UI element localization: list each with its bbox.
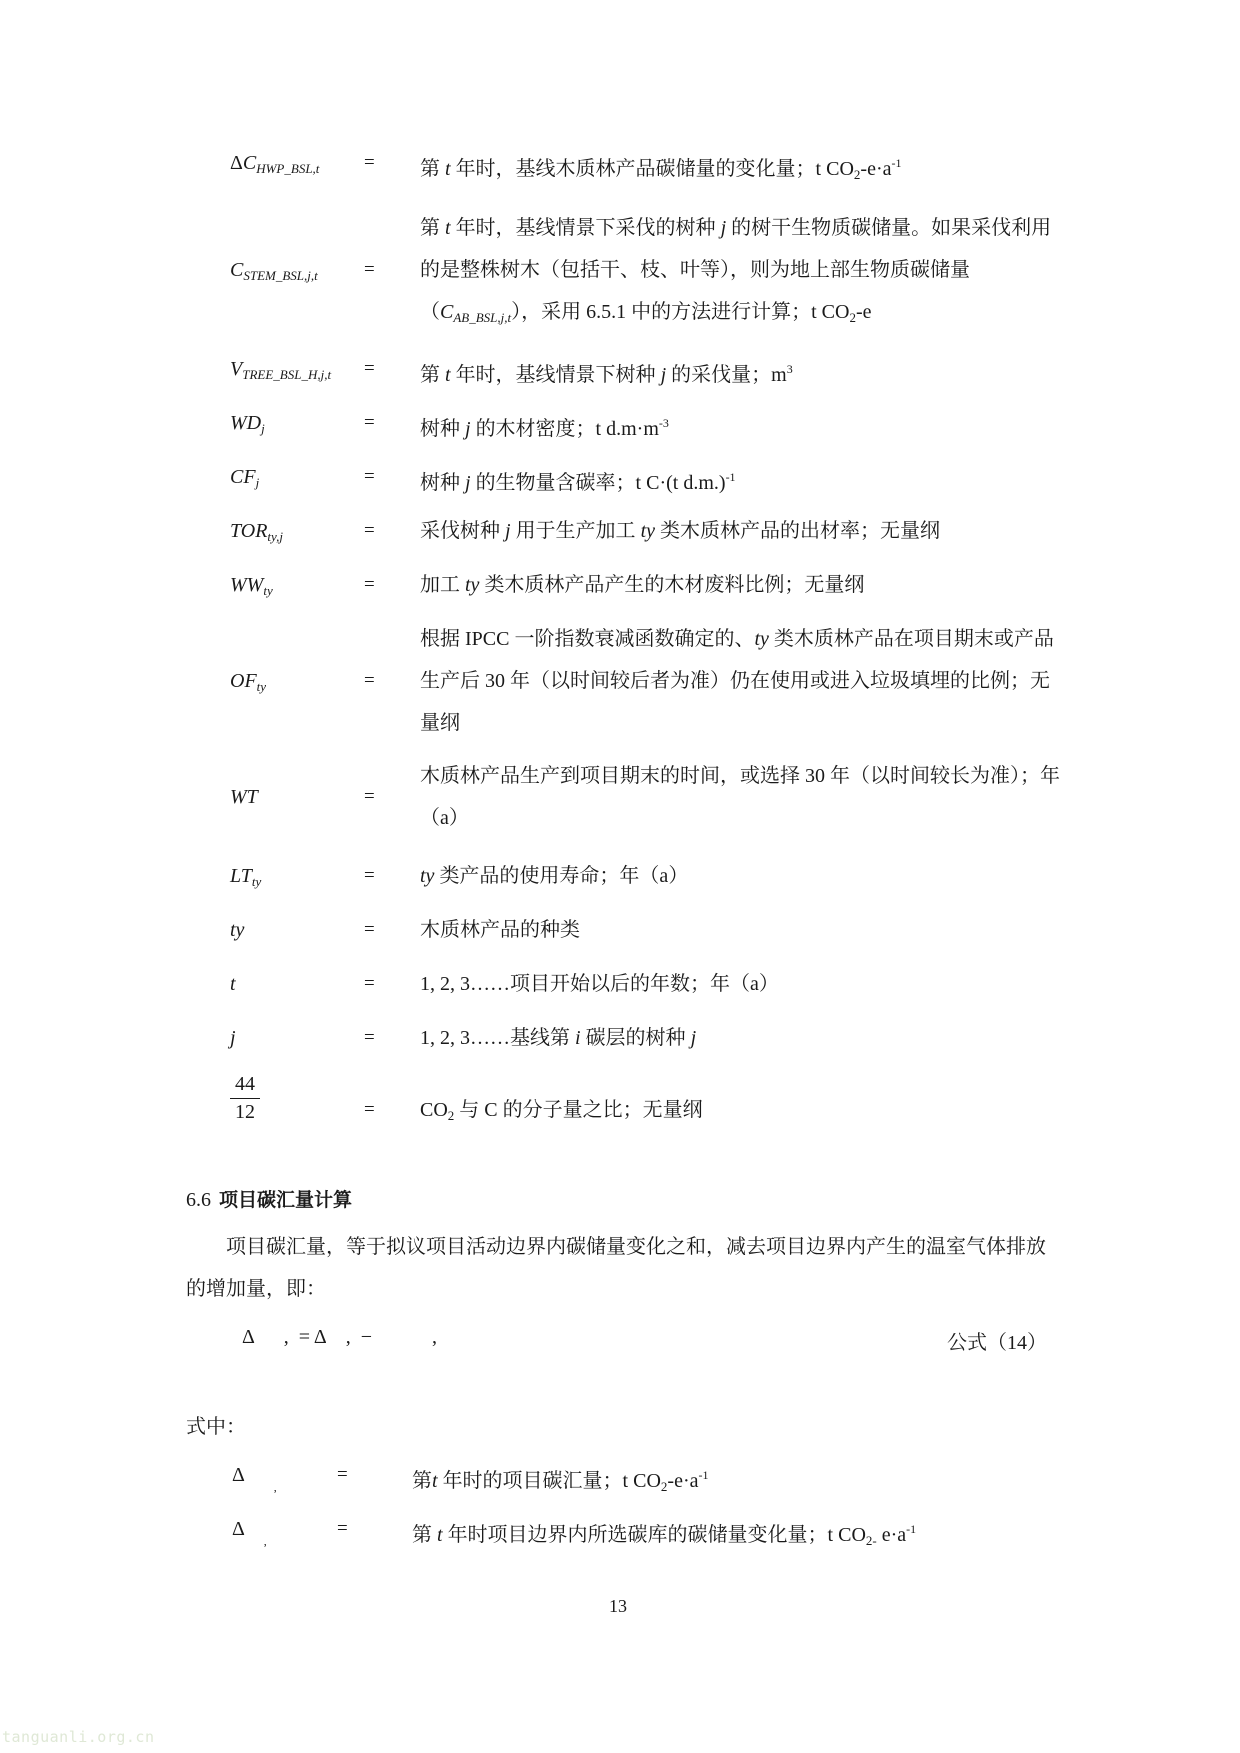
equals-sign: = <box>364 670 375 692</box>
equals-sign: = <box>364 259 375 281</box>
symbol: WWty <box>230 574 273 599</box>
definition-text: 树种 j 的木材密度；t d.m·m-3 <box>420 402 1060 450</box>
formula-14: Δ , = Δ , − , <box>242 1326 437 1349</box>
definition-text: CO2 与 C 的分子量之比；无量纲 <box>420 1089 1060 1137</box>
definition-text: 树种 j 的生物量含碳率；t C·(t d.m.)-1 <box>420 456 1060 504</box>
section-title: 项目碳汇量计算 <box>219 1189 352 1211</box>
symbol: t <box>230 973 236 996</box>
symbol: WT <box>230 786 258 809</box>
fraction-denominator: 12 <box>230 1099 260 1124</box>
definition-text: 木质林产品的种类 <box>420 909 1060 951</box>
symbol: ty <box>230 919 244 942</box>
symbol: CSTEM_BSL,j,t <box>230 259 318 284</box>
definition-text: 1, 2, 3……项目开始以后的年数；年（a） <box>420 963 1060 1005</box>
body-paragraph: 项目碳汇量，等于拟议项目活动边界内碳储量变化之和，减去项目边界内产生的温室气体排… <box>186 1226 1056 1310</box>
page-number: 13 <box>609 1596 627 1617</box>
symbol: Δ , <box>232 1464 277 1495</box>
definition-text: 第 t 年时，基线情景下树种 j 的采伐量；m3 <box>420 348 1060 396</box>
definition-text: 加工 ty 类木质林产品产生的木材废料比例；无量纲 <box>420 564 1060 606</box>
equals-sign: = <box>364 152 375 174</box>
symbol: Δ , <box>232 1518 267 1549</box>
equals-sign: = <box>364 1027 375 1049</box>
symbol: TORty,j <box>230 520 283 545</box>
equals-sign: = <box>364 786 375 808</box>
section-number: 6.6 <box>186 1189 211 1211</box>
definition-text: 第t 年时的项目碳汇量；t CO2-e·a-1 <box>412 1464 708 1495</box>
equals-sign: = <box>364 919 375 941</box>
definition-text: 第 t 年时，基线情景下采伐的树种 j 的树干生物质碳储量。如果采伐利用的是整株… <box>420 207 1060 339</box>
formula-label: 公式（14） <box>947 1326 1047 1355</box>
definition-text: ty 类产品的使用寿命；年（a） <box>420 855 1060 897</box>
symbol: VTREE_BSL_H,j,t <box>230 358 331 383</box>
equals-sign: = <box>364 412 375 434</box>
fraction: 44 12 <box>230 1073 260 1124</box>
equals-sign: = <box>364 466 375 488</box>
equals-sign: = <box>364 1099 375 1121</box>
equals-sign: = <box>337 1518 348 1540</box>
definition-text: 第 t 年时项目边界内所选碳库的碳储量变化量；t CO2- e·a-1 <box>412 1518 916 1549</box>
equals-sign: = <box>364 973 375 995</box>
section-heading: 6.6项目碳汇量计算 <box>186 1185 352 1212</box>
where-label: 式中： <box>186 1410 246 1439</box>
definition-text: 1, 2, 3……基线第 i 碳层的树种 j <box>420 1017 1060 1059</box>
symbol: ΔCHWP_BSL,t <box>230 152 319 177</box>
symbol: j <box>230 1027 236 1050</box>
watermark: tanguanli.org.cn <box>2 1728 155 1746</box>
document-page: ΔCHWP_BSL,t = 第 t 年时，基线木质林产品碳储量的变化量；t CO… <box>0 0 1240 1753</box>
fraction-numerator: 44 <box>230 1073 260 1099</box>
equals-sign: = <box>364 520 375 542</box>
definition-text: 木质林产品生产到项目期末的时间，或选择 30 年（以时间较长为准）；年（a） <box>420 755 1060 839</box>
symbol: OFty <box>230 670 266 695</box>
definition-text: 根据 IPCC 一阶指数衰减函数确定的、ty 类木质林产品在项目期末或产品生产后… <box>420 618 1060 744</box>
definition-text: 第 t 年时，基线木质林产品碳储量的变化量；t CO2-e·a-1 <box>420 142 1060 196</box>
equals-sign: = <box>337 1464 348 1486</box>
symbol: WDj <box>230 412 265 437</box>
equals-sign: = <box>364 574 375 596</box>
definition-text: 采伐树种 j 用于生产加工 ty 类木质林产品的出材率；无量纲 <box>420 510 1060 552</box>
symbol: CFj <box>230 466 259 491</box>
equals-sign: = <box>364 358 375 380</box>
equals-sign: = <box>364 865 375 887</box>
symbol: LTty <box>230 865 261 890</box>
